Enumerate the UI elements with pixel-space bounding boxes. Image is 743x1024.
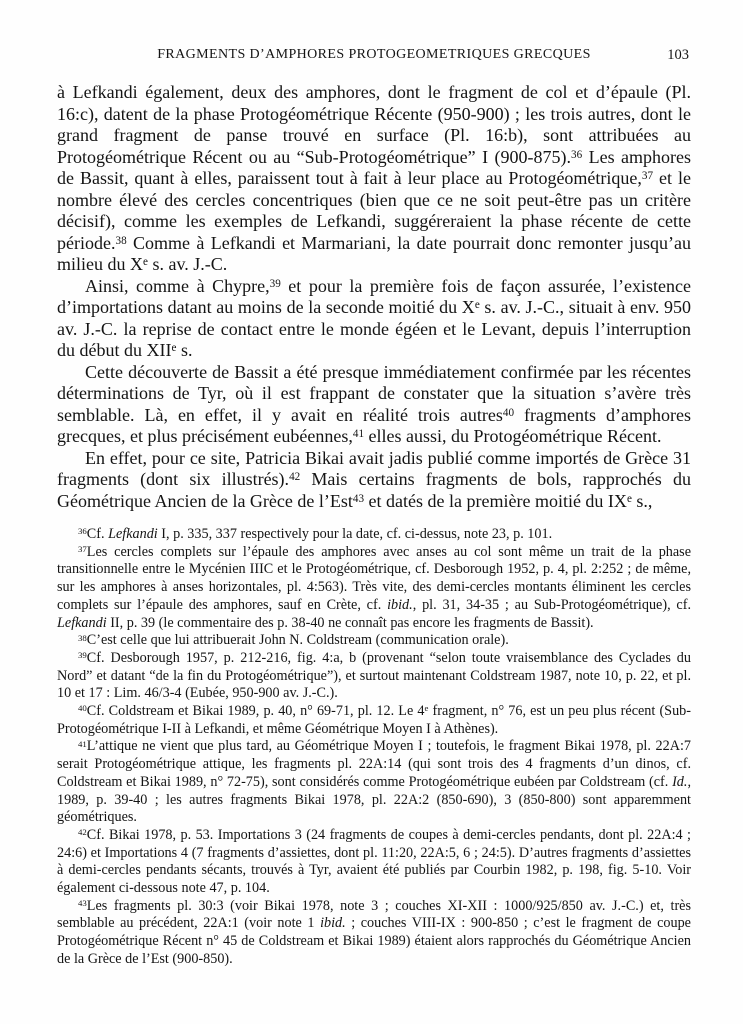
footnotes-section: 36Cf. Lefkandi I, p. 335, 337 respective… [57,526,691,969]
footnote-43: 43Les fragments pl. 30:3 (voir Bikai 197… [57,898,691,969]
body-paragraph-3: Cette découverte de Bassit a été presque… [57,362,691,448]
running-title: FRAGMENTS D’AMPHORES PROTOGEOMETRIQUES G… [57,47,691,63]
body-paragraph-1: à Lefkandi également, deux des amphores,… [57,82,691,276]
body-paragraph-4: En effet, pour ce site, Patricia Bikai a… [57,448,691,513]
document-page: FRAGMENTS D’AMPHORES PROTOGEOMETRIQUES G… [0,0,743,1024]
footnote-36: 36Cf. Lefkandi I, p. 335, 337 respective… [57,526,691,544]
footnote-38: 38C’est celle que lui attribuerait John … [57,632,691,650]
page-header: FRAGMENTS D’AMPHORES PROTOGEOMETRIQUES G… [57,47,691,65]
body-text: à Lefkandi également, deux des amphores,… [57,82,691,512]
body-paragraph-2: Ainsi, comme à Chypre,39 et pour la prem… [57,276,691,362]
footnote-40: 40Cf. Coldstream et Bikai 1989, p. 40, n… [57,703,691,738]
footnote-41: 41L’attique ne vient que plus tard, au G… [57,738,691,827]
page-number: 103 [667,47,689,64]
footnote-42: 42Cf. Bikai 1978, p. 53. Importations 3 … [57,827,691,898]
footnote-39: 39Cf. Desborough 1957, p. 212-216, fig. … [57,650,691,703]
footnote-37: 37Les cercles complets sur l’épaule des … [57,544,691,633]
